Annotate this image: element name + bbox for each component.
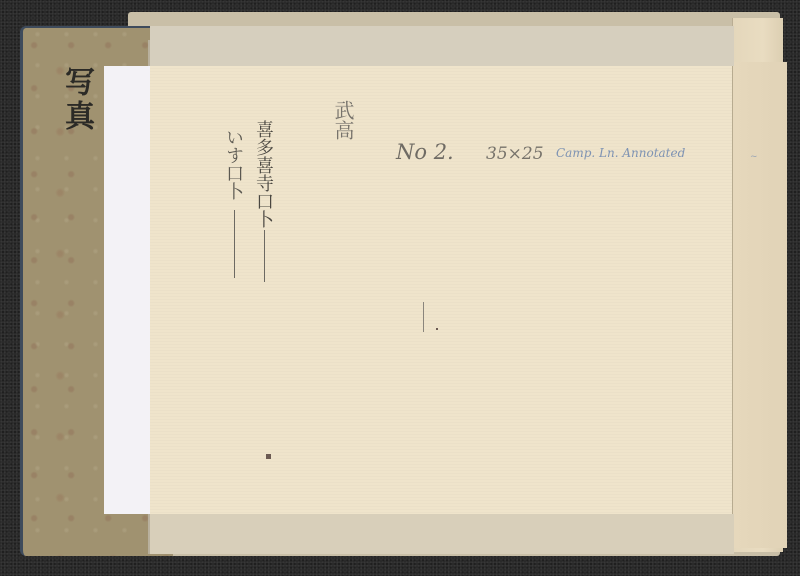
- right-flap-lower-layer: [732, 62, 787, 548]
- speck-dot: [266, 454, 271, 459]
- tissue-top-band: [150, 26, 734, 66]
- vertical-inscription-2: いす口卜: [216, 128, 246, 278]
- inscription-title: 武高: [328, 100, 358, 140]
- blue-pencil-note: Camp. Ln. Annotated: [556, 146, 685, 160]
- inscription-number: No 2.: [396, 140, 454, 164]
- vertical-inscription-1: 喜多喜寺口卜: [246, 120, 276, 285]
- pencil-mark: [423, 302, 424, 332]
- right-flap-faint-note: ~: [750, 152, 758, 162]
- ink-stroke-2: [234, 210, 235, 278]
- inscription-dimensions: 35×25: [486, 144, 544, 164]
- ink-stroke-1: [264, 230, 265, 282]
- speck-dot: [436, 328, 438, 330]
- cover-title: 写真: [58, 66, 98, 134]
- white-paper-slip: [104, 66, 150, 514]
- tissue-bottom-band: [150, 514, 734, 554]
